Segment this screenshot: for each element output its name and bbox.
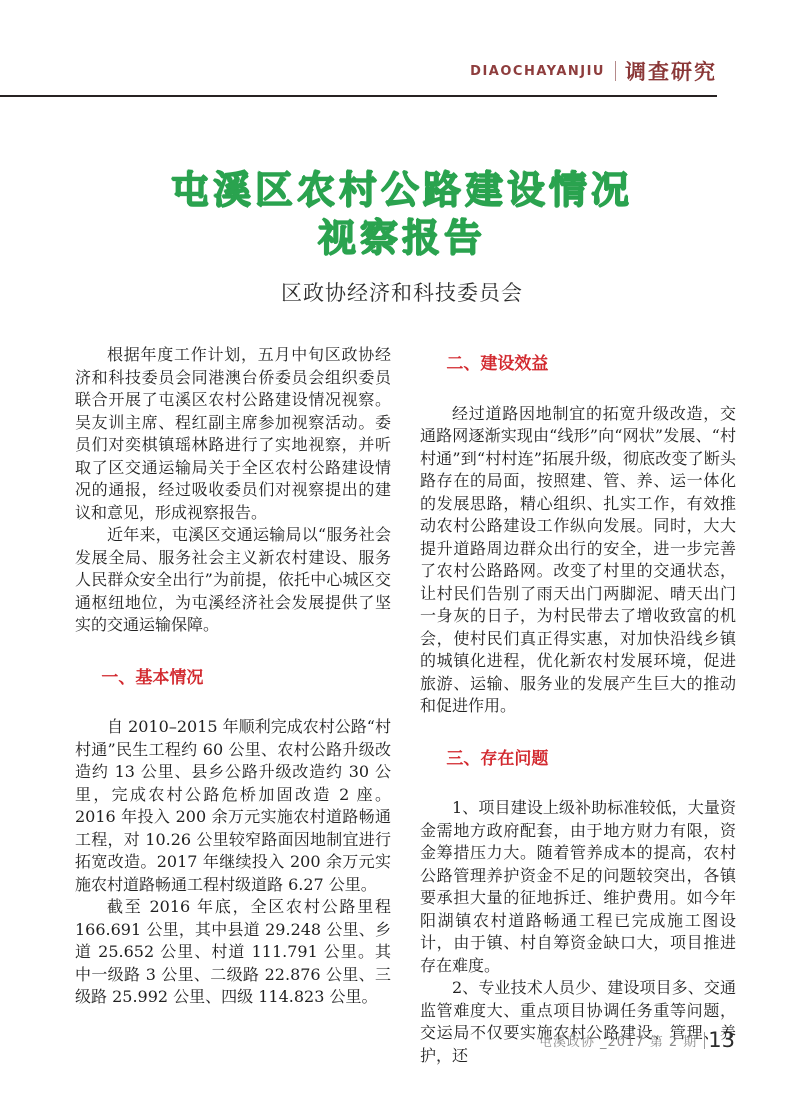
- header-rule-line: [0, 95, 717, 97]
- section-label-pinyin: DIAOCHAYANJIU: [470, 64, 605, 79]
- page-footer: 屯溪政协 _2017 第 2 期 13: [539, 1028, 735, 1052]
- article-title-line2: 视察报告: [0, 214, 804, 262]
- article-body: 根据年度工作计划，五月中旬区政协经济和科技委员会同港澳台侨委员会组织委员联合开展…: [75, 344, 736, 1067]
- magazine-page: DIAOCHAYANJIU 调查研究 屯溪区农村公路建设情况 视察报告 区政协经…: [0, 0, 804, 1098]
- section-heading-basic-situation: 一、基本情况: [75, 667, 391, 690]
- left-column: 根据年度工作计划，五月中旬区政协经济和科技委员会同港澳台侨委员会组织委员联合开展…: [75, 344, 391, 1067]
- right-column: 二、建设效益 经过道路因地制宜的拓宽升级改造，交通路网逐渐实现由“线形”向“网状…: [420, 344, 736, 1067]
- article-title-line1: 屯溪区农村公路建设情况: [0, 166, 804, 214]
- section-label: DIAOCHAYANJIU 调查研究: [470, 56, 717, 86]
- paragraph-background: 近年来，屯溪区交通运输局以“服务社会发展全局、服务社会主义新农村建设、服务人民群…: [75, 524, 391, 637]
- header-divider-line: [615, 61, 616, 81]
- footer-page-number: 13: [708, 1028, 735, 1052]
- page-header: DIAOCHAYANJIU 调查研究: [0, 0, 804, 98]
- paragraph-problem-1: 1、项目建设上级补助标准较低，大量资金需地方政府配套，由于地方财力有限，资金筹措…: [420, 797, 736, 977]
- section-heading-existing-problems: 三、存在问题: [420, 748, 736, 771]
- article-title-block: 屯溪区农村公路建设情况 视察报告 区政协经济和科技委员会: [0, 166, 804, 307]
- paragraph-basic-situation-2: 截至 2016 年底，全区农村公路里程 166.691 公里，其中县道 29.2…: [75, 896, 391, 1009]
- paragraph-benefits: 经过道路因地制宜的拓宽升级改造，交通路网逐渐实现由“线形”向“网状”发展、“村村…: [420, 403, 736, 718]
- paragraph-problem-2: 2、专业技术人员少、建设项目多、交通监管难度大、重点项目协调任务重等问题，交运局…: [420, 977, 736, 1067]
- footer-journal-issue: 屯溪政协 _2017 第 2 期: [539, 1031, 697, 1050]
- footer-divider-line: [704, 1032, 705, 1049]
- paragraph-basic-situation-1: 自 2010–2015 年顺利完成农村公路“村村通”民生工程约 60 公里、农村…: [75, 716, 391, 896]
- section-heading-construction-benefits: 二、建设效益: [420, 353, 736, 376]
- article-author: 区政协经济和科技委员会: [0, 277, 804, 307]
- section-label-chinese: 调查研究: [625, 56, 717, 86]
- paragraph-intro: 根据年度工作计划，五月中旬区政协经济和科技委员会同港澳台侨委员会组织委员联合开展…: [75, 344, 391, 524]
